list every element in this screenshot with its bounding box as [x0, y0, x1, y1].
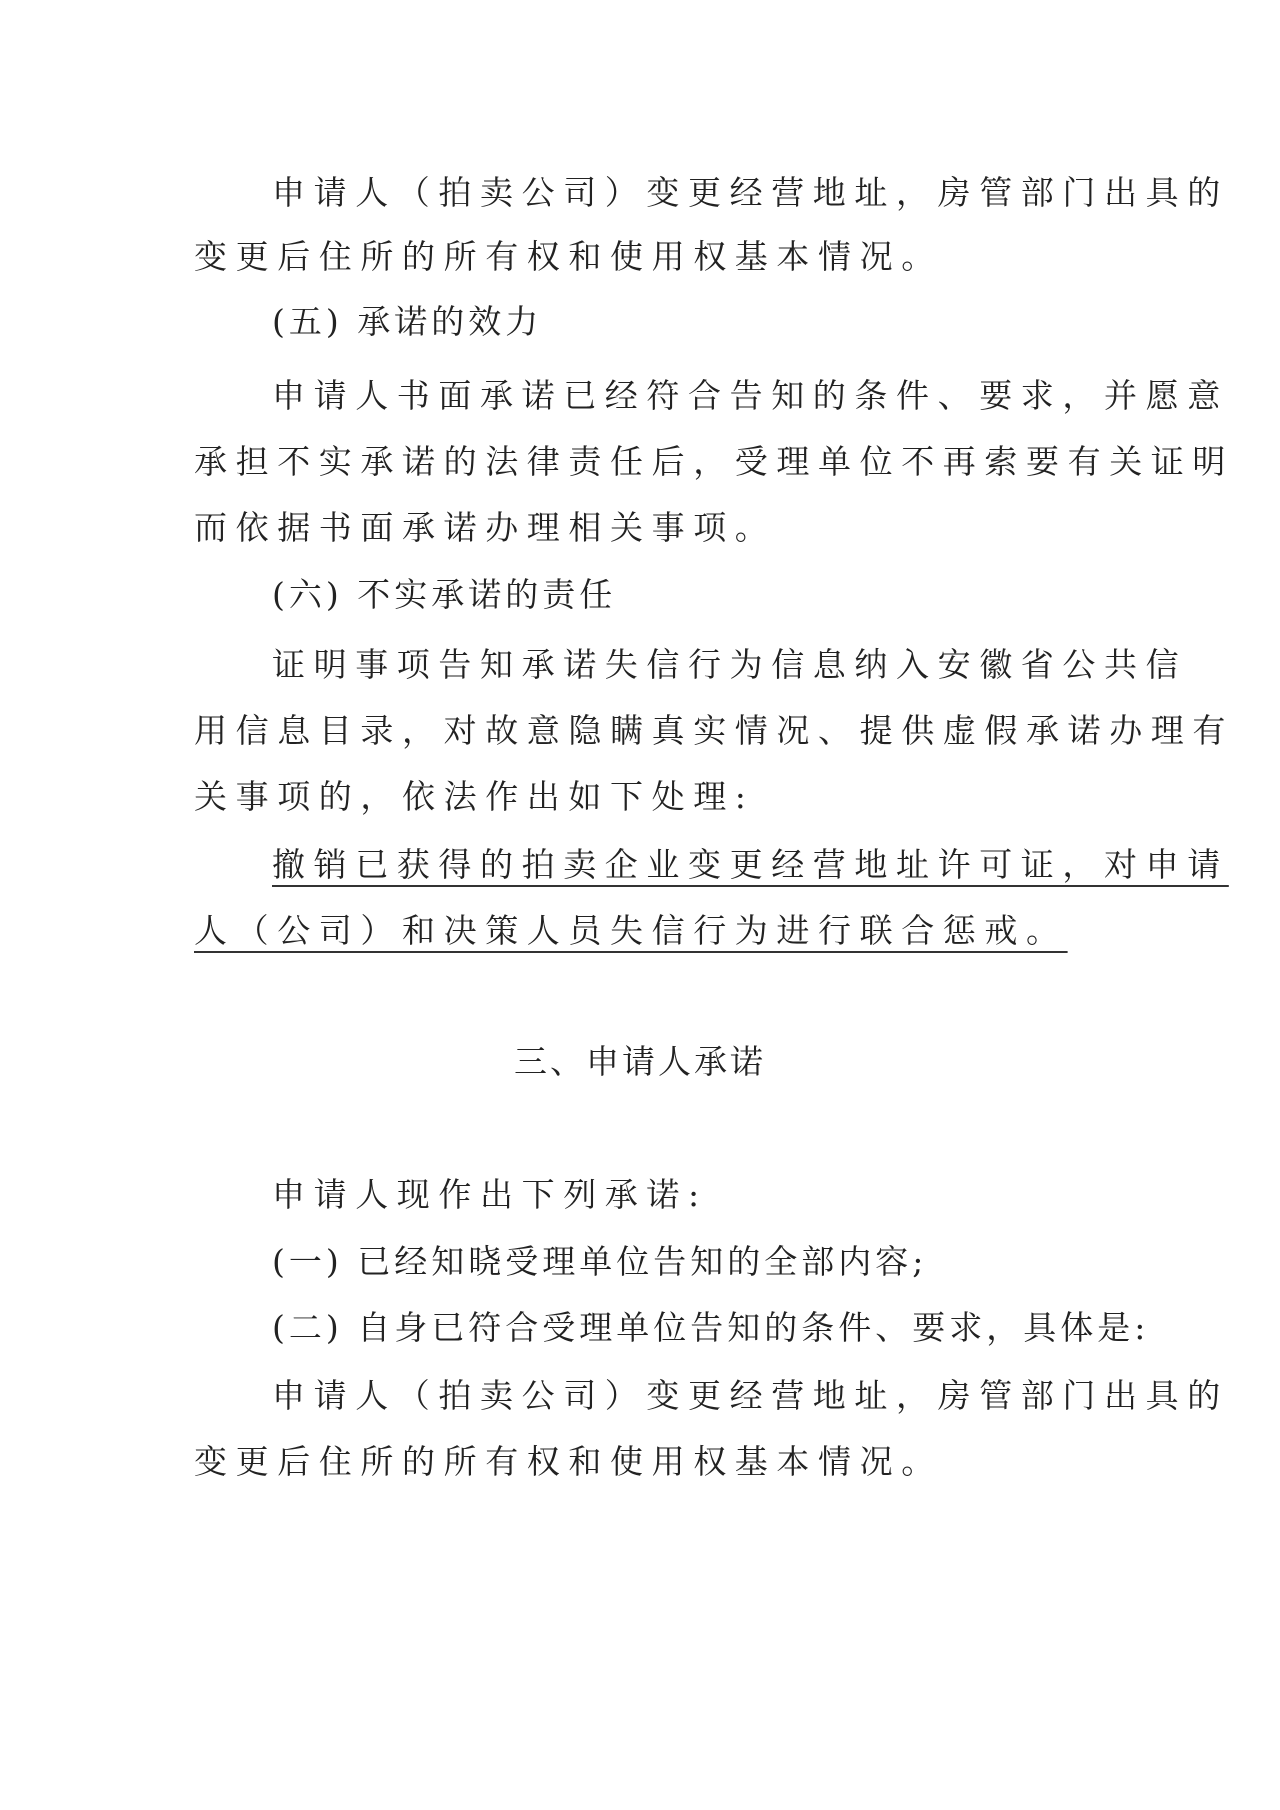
- paragraph-line: 证明事项告知承诺失信行为信息纳入安徽省公共信: [272, 643, 1187, 687]
- paragraph-line: 变更后住所的所有权和使用权基本情况。: [194, 235, 943, 279]
- paragraph-line: 申请人现作出下列承诺:: [272, 1173, 708, 1217]
- paragraph-line: 变更后住所的所有权和使用权基本情况。: [194, 1440, 943, 1484]
- paragraph-line: 用信息目录，对故意隐瞒真实情况、提供虚假承诺办理有: [194, 709, 1234, 753]
- paragraph-line: 申请人（拍卖公司）变更经营地址，房管部门出具的: [272, 171, 1229, 215]
- subheading-item-5: (五) 承诺的效力: [272, 300, 542, 344]
- document-page: 申请人（拍卖公司）变更经营地址，房管部门出具的 变更后住所的所有权和使用权基本情…: [0, 0, 1280, 1810]
- paragraph-line: 申请人书面承诺已经符合告知的条件、要求，并愿意: [272, 374, 1229, 418]
- paragraph-line: 承担不实承诺的法律责任后，受理单位不再索要有关证明: [194, 440, 1234, 484]
- paragraph-line: 关事项的，依法作出如下处理:: [194, 775, 755, 819]
- section-title: 三、申请人承诺: [0, 1040, 1280, 1084]
- paragraph-line: 而依据书面承诺办理相关事项。: [194, 506, 776, 550]
- paragraph-line: 申请人（拍卖公司）变更经营地址，房管部门出具的: [272, 1374, 1229, 1418]
- commitment-item-1: (一) 已经知晓受理单位告知的全部内容;: [272, 1240, 927, 1284]
- penalty-line: 人（公司）和决策人员失信行为进行联合惩戒。: [194, 909, 1068, 953]
- commitment-item-2: (二) 自身已符合受理单位告知的条件、要求，具体是:: [272, 1306, 1149, 1350]
- subheading-item-6: (六) 不实承诺的责任: [272, 573, 616, 617]
- penalty-line: 撤销已获得的拍卖企业变更经营地址许可证，对申请: [272, 843, 1229, 887]
